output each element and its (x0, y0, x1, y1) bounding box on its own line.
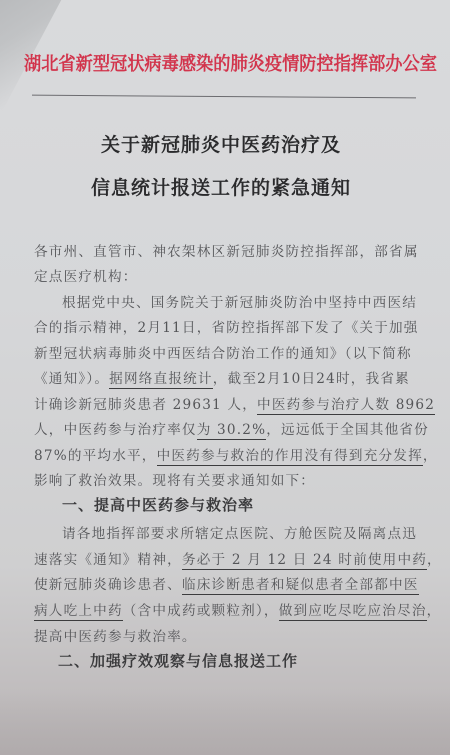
document-page: 湖北省新型冠状病毒感染的肺炎疫情防控指挥部办公室 关于新冠肺炎中医药治疗及 信息… (0, 0, 450, 755)
paragraph1-line-3: 新型冠状病毒肺炎中西医结合防治工作的通知》（以下简称 (34, 342, 428, 362)
underlined-phrase: 为 30.2% (197, 422, 267, 440)
section1-line-1: 请各地指挥部要求所辖定点医院、方舱医院及隔离点迅 (62, 522, 450, 542)
section1-heading: 一、提高中医药参与救治率 (62, 494, 254, 515)
paragraph1-line-8: 影响了救治效果。现将有关要求通知如下： (34, 469, 428, 489)
underlined-phrase: 中医药参与救治的作用没有得到充分发挥 (157, 448, 423, 466)
paragraph1-line-1: 根据党中央、国务院关于新冠肺炎防治中坚持中西医结 (62, 291, 450, 311)
text-segment: ， (427, 603, 442, 619)
section1-line-5: 提高中医药参与救治率。 (34, 625, 428, 645)
text-segment: （含中成药或颗粒剂）， (123, 603, 279, 619)
letterhead-organization: 湖北省新型冠状病毒感染的肺炎疫情防控指挥部办公室 (24, 50, 396, 76)
addressee-line-1: 各市州、直管市、神农架林区新冠肺炎防控指挥部，部省属 (34, 240, 428, 260)
paragraph1-line-5: 计确诊新冠肺炎患者 29631 人，中医药参与治疗人数 8962 (34, 393, 428, 413)
text-segment: 87%的平均水平， (34, 448, 157, 464)
text-segment: ，远远低于全国其他省份 (266, 422, 429, 438)
section1-line-3: 使新冠肺炎确诊患者、临床诊断患者和疑似患者全部都中医 (34, 573, 428, 593)
underlined-phrase: 做到应吃尽吃应治尽治 (279, 603, 427, 621)
underlined-phrase: 据网络直报统计 (109, 371, 213, 389)
section2-heading: 二、加强疗效观察与信息报送工作 (58, 650, 298, 671)
paragraph1-line-6: 人，中医药参与治疗率仅为 30.2%，远远低于全国其他省份 (34, 418, 428, 438)
text-segment: 速落实《通知》精神， (34, 552, 182, 568)
underlined-phrase: 务必于 2 月 12 日 24 时前使用中药 (182, 552, 427, 570)
paragraph1-line-7: 87%的平均水平，中医药参与救治的作用没有得到充分发挥， (34, 444, 428, 464)
text-segment: 人，中医药参与治疗率仅 (34, 422, 197, 438)
photo-bottom-shadow (0, 690, 450, 755)
section1-line-2: 速落实《通知》精神，务必于 2 月 12 日 24 时前使用中药， (34, 548, 428, 568)
notice-title-line-2: 信息统计报送工作的紧急通知 (0, 173, 446, 200)
underlined-phrase: 病人吃上中药 (34, 603, 123, 621)
section1-line-4: 病人吃上中药（含中成药或颗粒剂），做到应吃尽吃应治尽治， (34, 599, 428, 619)
text-segment: 《通知》）。 (34, 371, 109, 387)
text-segment: 计确诊新冠肺炎患者 29631 人， (34, 397, 257, 413)
underlined-phrase: 中医药参与治疗人数 8962 (257, 397, 435, 415)
letterhead-divider (32, 95, 416, 99)
paragraph1-line-2: 合的指示精神，2月11日，省防控指挥部下发了《关于加强 (34, 316, 428, 336)
text-segment: ，截至2月10日24时，我省累 (213, 371, 410, 387)
text-segment: ， (427, 552, 442, 568)
text-segment: ， (423, 448, 438, 464)
notice-title-line-1: 关于新冠肺炎中医药治疗及 (0, 130, 446, 157)
addressee-line-2: 定点医疗机构： (34, 265, 428, 285)
underlined-phrase: 临床诊断患者和疑似患者全部都中医 (182, 577, 419, 595)
text-segment: 使新冠肺炎确诊患者、 (34, 577, 182, 593)
paragraph1-line-4: 《通知》）。据网络直报统计，截至2月10日24时，我省累 (34, 367, 428, 387)
